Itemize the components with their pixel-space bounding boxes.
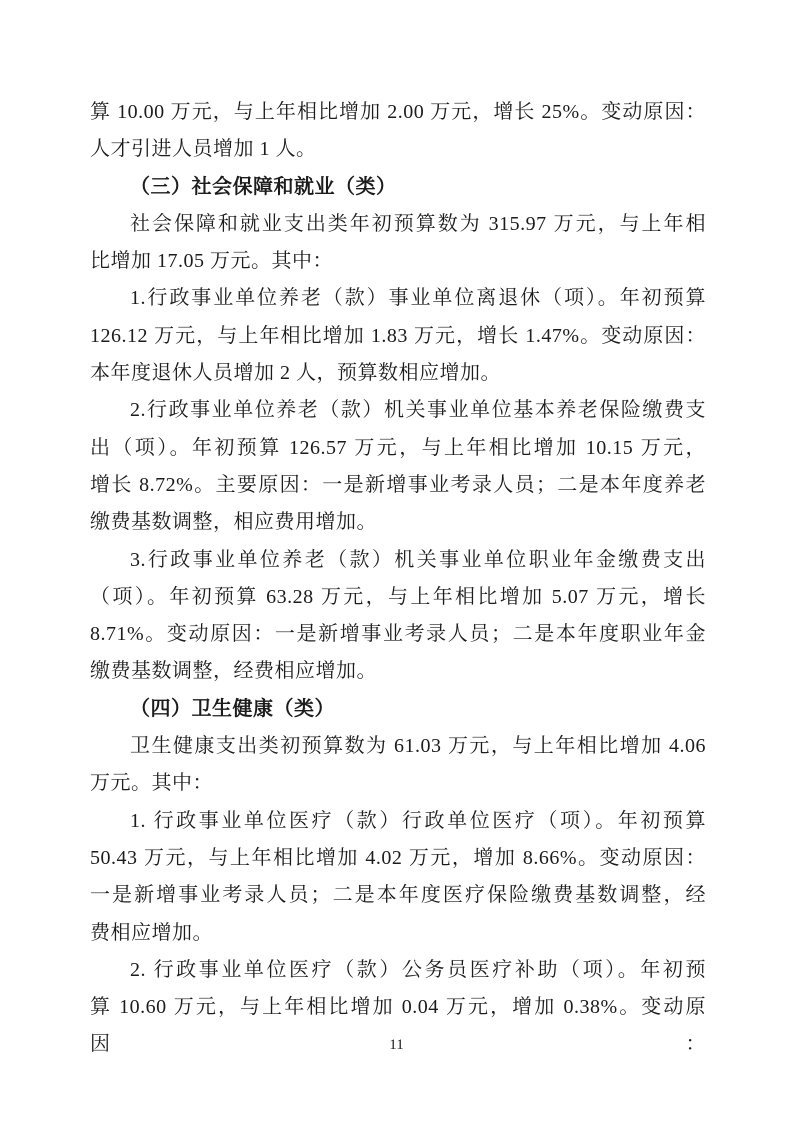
text-line: 1. 行政事业单位医疗（款）行政单位医疗（项）。年初预算 (90, 803, 706, 840)
text-line: 2.行政事业单位养老（款）机关事业单位基本养老保险缴费支 (90, 392, 706, 429)
text-line: 本年度退休人员增加 2 人，预算数相应增加。 (90, 355, 706, 392)
text-line: 卫生健康支出类初预算数为 61.03 万元，与上年相比增加 4.06 (90, 728, 706, 765)
text-line: （项）。年初预算 63.28 万元，与上年相比增加 5.07 万元，增长 (90, 579, 706, 616)
text-line: 缴费基数调整，经费相应增加。 (90, 653, 706, 690)
page-footer: 11 (0, 1036, 793, 1054)
text-line: 8.71%。变动原因：一是新增事业考录人员；二是本年度职业年金 (90, 616, 706, 653)
text-line: 算 10.00 万元，与上年相比增加 2.00 万元，增长 25%。变动原因： (90, 94, 706, 131)
text-line: 2. 行政事业单位医疗（款）公务员医疗补助（项）。年初预 (90, 952, 706, 989)
text-line: 社会保障和就业支出类年初预算数为 315.97 万元，与上年相 (90, 206, 706, 243)
page-number: 11 (389, 1037, 403, 1053)
document-body: 算 10.00 万元，与上年相比增加 2.00 万元，增长 25%。变动原因：人… (90, 94, 706, 1064)
text-line: 费相应增加。 (90, 915, 706, 952)
text-line: 缴费基数调整，相应费用增加。 (90, 504, 706, 541)
text-line: 1.行政事业单位养老（款）事业单位离退休（项）。年初预算 (90, 280, 706, 317)
text-line: 人才引进人员增加 1 人。 (90, 131, 706, 168)
section-heading: （四）卫生健康（类） (90, 691, 706, 728)
text-line: 126.12 万元，与上年相比增加 1.83 万元，增长 1.47%。变动原因： (90, 318, 706, 355)
text-line: 50.43 万元，与上年相比增加 4.02 万元，增加 8.66%。变动原因： (90, 840, 706, 877)
text-line: 一是新增事业考录人员；二是本年度医疗保险缴费基数调整，经 (90, 877, 706, 914)
text-line: 3.行政事业单位养老（款）机关事业单位职业年金缴费支出 (90, 542, 706, 579)
section-heading: （三）社会保障和就业（类） (90, 169, 706, 206)
text-line: 万元。其中： (90, 765, 706, 802)
text-line: 增长 8.72%。主要原因：一是新增事业考录人员；二是本年度养老 (90, 467, 706, 504)
text-line: 比增加 17.05 万元。其中： (90, 243, 706, 280)
text-line: 出（项）。年初预算 126.57 万元，与上年相比增加 10.15 万元， (90, 430, 706, 467)
document-page: 算 10.00 万元，与上年相比增加 2.00 万元，增长 25%。变动原因：人… (0, 0, 793, 1122)
